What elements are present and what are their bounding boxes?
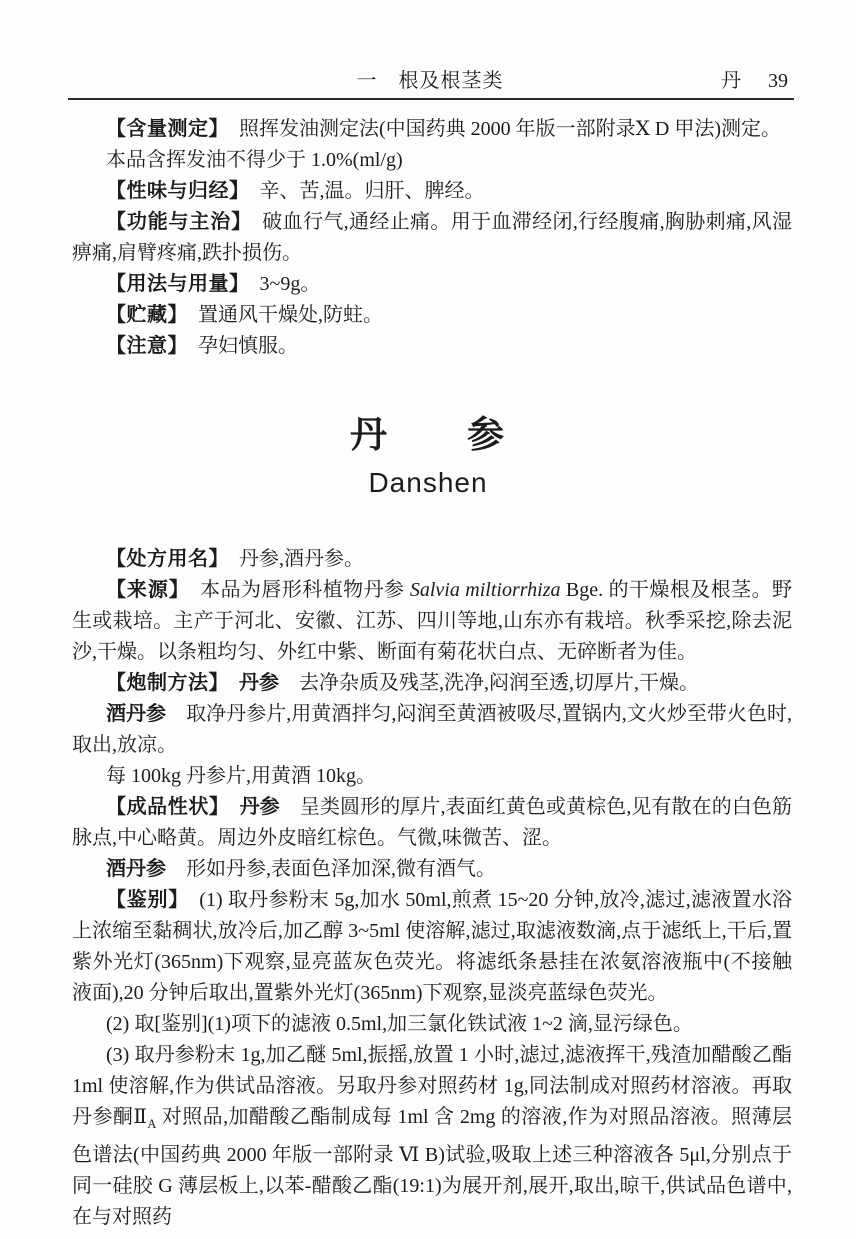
text-run: 酒丹参	[106, 703, 166, 725]
entry-index-char: 丹	[721, 70, 741, 92]
paragraph: 【鉴别】 (1) 取丹参粉末 5g,加水 50ml,煎煮 15~20 分钟,放冷…	[72, 885, 792, 1009]
paragraph: (2) 取[鉴别](1)项下的滤液 0.5ml,加三氯化铁试液 1~2 滴,显污…	[72, 1009, 792, 1040]
paragraph: 【用法与用量】 3~9g。	[72, 269, 792, 300]
section-label: 【鉴别】	[106, 889, 179, 911]
text-run: 酒丹参	[106, 858, 166, 880]
text-run: 对照品,加醋酸乙酯制成每 1ml 含 2mg 的溶液,作为对照品溶液。照薄层色谱…	[72, 1106, 792, 1228]
paragraph: 酒丹参 形如丹参,表面色泽加深,微有酒气。	[72, 854, 792, 885]
paragraph: 【处方用名】 丹参,酒丹参。	[72, 544, 792, 575]
text-run: 置通风干燥处,防蛀。	[178, 304, 383, 326]
paragraph: 本品含挥发油不得少于 1.0%(ml/g)	[72, 145, 792, 176]
text-run: 照挥发油测定法(中国药典 2000 年版一部附录Ⅹ D 甲法)测定。	[219, 118, 781, 140]
running-header: 一 根及根茎类 丹 39	[68, 64, 792, 90]
monograph-tail-section: 【含量测定】 照挥发油测定法(中国药典 2000 年版一部附录Ⅹ D 甲法)测定…	[72, 114, 792, 362]
paragraph: 每 100kg 丹参片,用黄酒 10kg。	[72, 761, 792, 792]
section-label: 【炮制方法】	[106, 672, 219, 694]
text-run: 本品为唇形科植物丹参	[180, 579, 410, 601]
text-run: 每 100kg 丹参片,用黄酒 10kg。	[106, 765, 376, 787]
chapter-title: 一 根及根茎类	[68, 64, 792, 93]
section-label: 【功能与主治】	[106, 211, 242, 233]
paragraph: 【来源】 本品为唇形科植物丹参 Salvia miltiorrhiza Bge.…	[72, 575, 792, 668]
section-label: 【注意】	[106, 335, 178, 357]
text-run: 孕妇慎服。	[178, 335, 298, 357]
monograph-body-section: 【处方用名】 丹参,酒丹参。【来源】 本品为唇形科植物丹参 Salvia mil…	[72, 544, 792, 1233]
text-run: Salvia miltiorrhiza	[410, 579, 561, 601]
paragraph: 【贮藏】 置通风干燥处,防蛀。	[72, 300, 792, 331]
monograph-title-block: 丹 参 Danshen	[0, 414, 856, 500]
paragraph: 【功能与主治】 破血行气,通经止痛。用于血滞经闭,行经腹痛,胸胁刺痛,风湿痹痛,…	[72, 207, 792, 269]
text-run: 丹参,酒丹参。	[219, 548, 364, 570]
section-label: 【贮藏】	[106, 304, 178, 326]
paragraph: 【成品性状】 丹参 呈类圆形的厚片,表面红黄色或黄棕色,见有散在的白色筋脉点,中…	[72, 792, 792, 854]
text-run: 取净丹参片,用黄酒拌匀,闷润至黄酒被吸尽,置锅内,文火炒至带火色时,取出,放凉。	[72, 703, 792, 756]
paragraph: (3) 取丹参粉末 1g,加乙醚 5ml,振摇,放置 1 小时,滤过,滤液挥干,…	[72, 1040, 792, 1233]
paragraph: 【炮制方法】 丹参 去净杂质及残茎,洗净,闷润至透,切厚片,干燥。	[72, 668, 792, 699]
text-run: 丹参	[220, 796, 280, 818]
text-run: (1) 取丹参粉末 5g,加水 50ml,煎煮 15~20 分钟,放冷,滤过,滤…	[72, 889, 792, 1004]
section-label: 【含量测定】	[106, 118, 219, 140]
section-label: 【性味与归经】	[106, 180, 240, 202]
text-run: 去净杂质及残茎,洗净,闷润至透,切厚片,干燥。	[279, 672, 699, 694]
text-run: 形如丹参,表面色泽加深,微有酒气。	[166, 858, 496, 880]
text-run: 3~9g。	[240, 273, 321, 295]
section-label: 【用法与用量】	[106, 273, 240, 295]
text-run: (2) 取[鉴别](1)项下的滤液 0.5ml,加三氯化铁试液 1~2 滴,显污…	[106, 1013, 693, 1035]
book-page: 一 根及根茎类 丹 39 【含量测定】 照挥发油测定法(中国药典 2000 年版…	[0, 0, 856, 1239]
page-number: 39	[768, 70, 788, 92]
section-label: 【成品性状】	[106, 796, 220, 818]
paragraph: 【含量测定】 照挥发油测定法(中国药典 2000 年版一部附录Ⅹ D 甲法)测定…	[72, 114, 792, 145]
paragraph: 【注意】 孕妇慎服。	[72, 331, 792, 362]
paragraph: 酒丹参 取净丹参片,用黄酒拌匀,闷润至黄酒被吸尽,置锅内,文火炒至带火色时,取出…	[72, 699, 792, 761]
monograph-title-chinese: 丹 参	[0, 414, 856, 458]
text-run: 丹参	[219, 672, 279, 694]
section-label: 【处方用名】	[106, 548, 219, 570]
monograph-title-pinyin: Danshen	[0, 466, 856, 500]
header-rule	[68, 98, 794, 100]
text-run: 本品含挥发油不得少于 1.0%(ml/g)	[106, 149, 403, 171]
text-run: A	[147, 1117, 156, 1131]
section-label: 【来源】	[106, 579, 180, 601]
text-run: 辛、苦,温。归肝、脾经。	[240, 180, 485, 202]
page-header-right: 丹 39	[721, 64, 788, 93]
paragraph: 【性味与归经】 辛、苦,温。归肝、脾经。	[72, 176, 792, 207]
